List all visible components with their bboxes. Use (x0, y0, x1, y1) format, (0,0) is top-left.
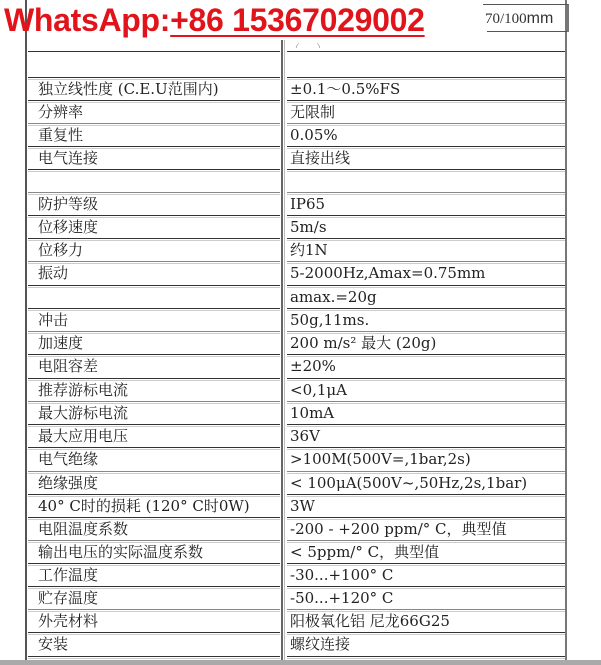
table-row: 贮存温度-50...+120° C (0, 587, 601, 610)
spec-value: -200 - +200 ppm/° C，典型值 (290, 520, 507, 539)
table-row: 外壳材料阳极氧化铝 尼龙66G25 (0, 610, 601, 633)
spec-label: 输出电压的实际温度系数 (38, 543, 203, 562)
spec-value: 50g,11ms. (290, 311, 369, 330)
spec-value: ±20% (290, 357, 336, 376)
row-rule-left (28, 656, 280, 657)
spec-value: 5-2000Hz,Amax=0.75mm (290, 264, 485, 283)
table-top-rule (0, 44, 601, 52)
spec-label: 独立线性度 (C.E.U范围内) (38, 80, 219, 99)
table-row: 工作温度-30...+100° C (0, 564, 601, 587)
spec-value: < 100μA(500V~,50Hz,2s,1bar) (290, 474, 527, 493)
row-rule-right (287, 656, 565, 657)
table-row: amax.=20g (0, 286, 601, 309)
spec-value: 200 m/s² 最大 (20g) (290, 334, 436, 353)
table-row: 独立线性度 (C.E.U范围内)±0.1～0.5%FS (0, 78, 601, 101)
table-row: 防护等级IP65 (0, 193, 601, 216)
spec-label: 外壳材料 (38, 612, 98, 631)
spec-label: 贮存温度 (38, 589, 98, 608)
spec-label: 冲击 (38, 311, 68, 330)
table-row: 冲击50g,11ms. (0, 309, 601, 332)
spec-label: 电气绝缘 (38, 450, 98, 469)
spec-label: 安装 (38, 635, 68, 654)
spec-label: 推荐游标电流 (38, 381, 128, 400)
spec-label: 绝缘强度 (38, 474, 98, 493)
row-rule-left (28, 51, 280, 52)
spec-value: 10mA (290, 404, 334, 423)
whatsapp-banner[interactable]: WhatsApp:+86 15367029002 (4, 2, 425, 39)
spec-label: 重复性 (38, 126, 83, 145)
spec-value: ±0.1～0.5%FS (290, 80, 400, 99)
table-row: 重复性0.05% (0, 124, 601, 147)
table-row: 位移速度5m/s (0, 216, 601, 239)
spec-label: 分辨率 (38, 103, 83, 122)
spec-label: 位移力 (38, 241, 83, 260)
spec-label: 40° C时的损耗 (120° C时0W) (38, 497, 250, 516)
table-row: 电阻容差±20% (0, 355, 601, 379)
row-rule-left-shadow (28, 658, 280, 659)
spec-label: 最大游标电流 (38, 404, 128, 423)
spec-value: 0.05% (290, 126, 338, 145)
bottom-border (0, 660, 601, 665)
whatsapp-label: WhatsApp: (4, 2, 170, 38)
spec-label: 电气连接 (38, 149, 98, 168)
spec-label: 防护等级 (38, 195, 98, 214)
spec-value: -50...+120° C (290, 589, 393, 608)
table-row: 安装螺纹连接 (0, 633, 601, 657)
spec-label: 振动 (38, 264, 68, 283)
table-row: 位移力约1N (0, 239, 601, 262)
spec-label: 电阻容差 (38, 357, 98, 376)
table-row: 最大游标电流10mA (0, 402, 601, 425)
spec-value: < 5ppm/° C，典型值 (290, 543, 439, 562)
table-row (0, 170, 601, 193)
spec-value: 无限制 (290, 103, 335, 122)
spec-value: 直接出线 (290, 149, 350, 168)
spec-value: 3W (290, 497, 315, 516)
spec-value: >100M(500V=,1bar,2s) (290, 450, 471, 469)
table-row: 推荐游标电流<0,1μA (0, 379, 601, 402)
spec-label: 最大应用电压 (38, 427, 128, 446)
row-rule-right (287, 51, 565, 52)
table-row: 最大应用电压36V (0, 425, 601, 448)
table-row: 电气绝缘>100M(500V=,1bar,2s) (0, 448, 601, 472)
table-row: 加速度200 m/s² 最大 (20g) (0, 332, 601, 355)
spec-value: 5m/s (290, 218, 327, 237)
spec-value: -30...+100° C (290, 566, 393, 585)
table-row: 电气连接直接出线 (0, 147, 601, 170)
table-row: 40° C时的损耗 (120° C时0W)3W (0, 495, 601, 518)
spec-value: 36V (290, 427, 320, 446)
spec-label: 位移速度 (38, 218, 98, 237)
spec-value: 螺纹连接 (290, 635, 350, 654)
table-row: 电阻温度系数-200 - +200 ppm/° C，典型值 (0, 518, 601, 541)
spec-value: 约1N (290, 241, 328, 260)
table-row: 振动5-2000Hz,Amax=0.75mm (0, 262, 601, 286)
spec-label: 加速度 (38, 334, 83, 353)
table-row: 分辨率无限制 (0, 101, 601, 124)
spec-value: 阳极氧化铝 尼龙66G25 (290, 612, 450, 631)
table-row (0, 52, 601, 78)
spec-value: IP65 (290, 195, 325, 214)
top-unit-underline (487, 31, 567, 32)
top-unit-text: 70/100mm (485, 10, 553, 28)
whatsapp-phone-link[interactable]: +86 15367029002 (170, 2, 424, 38)
table-row: 绝缘强度< 100μA(500V~,50Hz,2s,1bar) (0, 472, 601, 495)
spec-value: amax.=20g (290, 288, 377, 307)
spec-label: 电阻温度系数 (38, 520, 128, 539)
spec-value: <0,1μA (290, 381, 347, 400)
table-row: 输出电压的实际温度系数< 5ppm/° C，典型值 (0, 541, 601, 564)
spec-label: 工作温度 (38, 566, 98, 585)
row-rule-right-shadow (287, 658, 565, 659)
